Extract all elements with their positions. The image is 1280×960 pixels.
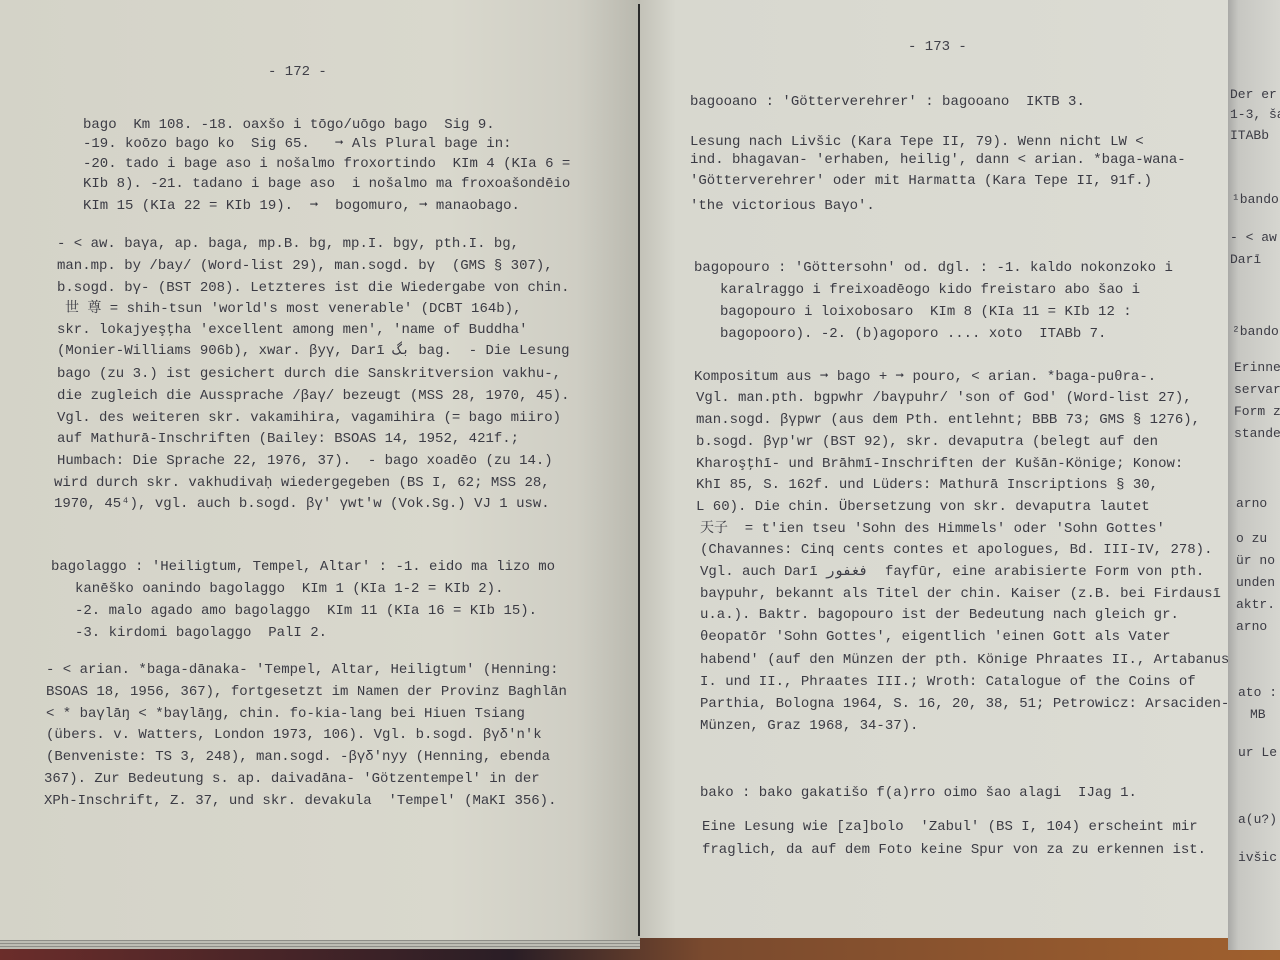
text-line: aktr.: [1236, 595, 1275, 615]
left-page: - 172 - bago Km 108. -18. oaxšo i tōgo/u…: [0, 0, 640, 940]
text-line: -19. koōzo bago ko Sig 65. ➞ Als Plural …: [83, 134, 512, 154]
text-line: - < aw: [1230, 228, 1277, 248]
text-line: Kharoşţhī- und Brāhmī-Inschriften der Ku…: [696, 454, 1183, 474]
text-line: ITABb: [1230, 126, 1269, 146]
text-line: arno: [1236, 617, 1267, 637]
text-line: bako : bako gakatišo f(a)rro oimo šao al…: [700, 783, 1137, 803]
text-line: bago Km 108. -18. oaxšo i tōgo/uōgo bago…: [83, 115, 495, 135]
text-line: XPh-Inschrift, Z. 37, und skr. devakula …: [44, 791, 556, 811]
book-gutter: [638, 4, 640, 936]
text-line: KhI 85, S. 162f. und Lüders: Mathurā Ins…: [696, 475, 1158, 495]
text-line: 天子 = t'ien tseu 'Sohn des Himmels' oder …: [700, 519, 1165, 539]
text-line: ivšic: [1238, 848, 1277, 868]
text-line: ato :: [1238, 683, 1277, 703]
text-line: o zu: [1236, 529, 1267, 549]
text-line: 1-3, ša: [1230, 105, 1280, 125]
right-page: - 173 - bagooano : 'Götterverehrer' : ba…: [640, 0, 1240, 938]
text-line: 'Götterverehrer' oder mit Harmatta (Kara…: [690, 171, 1152, 191]
text-line: -3. kirdomi bagolaggo PalI 2.: [75, 623, 327, 643]
text-line: (übers. v. Watters, London 1973, 106). V…: [46, 725, 542, 745]
text-line: baγpuhr, bekannt als Titel der chin. Kai…: [700, 584, 1221, 604]
text-line: bago (zu 3.) ist gesichert durch die San…: [57, 364, 561, 384]
text-line: bagolaggo : 'Heiligtum, Tempel, Altar' :…: [51, 557, 555, 577]
text-line: Erinne: [1234, 358, 1280, 378]
text-line: 367). Zur Bedeutung s. ap. daivadāna- 'G…: [44, 769, 540, 789]
text-line: kanēško oanindo bagolaggo KIm 1 (KIa 1-2…: [75, 579, 503, 599]
text-line: < * baγlāŋ < *baγlāŋg, chin. fo-kia-lang…: [46, 704, 525, 724]
text-line: ür no: [1236, 551, 1275, 571]
page-number-right: - 173 -: [908, 39, 967, 55]
text-line: L 60). Die chin. Übersetzung von skr. de…: [696, 497, 1150, 517]
text-line: -20. tado i bage aso i nošalmo froxortin…: [83, 154, 570, 174]
text-line: stande: [1234, 424, 1280, 444]
text-line: - < aw. baγa, ap. baga, mp.B. bg, mp.I. …: [57, 234, 519, 254]
text-line: -2. malo agado amo bagolaggo KIm 11 (KIa…: [75, 601, 537, 621]
text-line: man.sogd. βγpwr (aus dem Pth. entlehnt; …: [696, 410, 1200, 430]
text-line: die zugleich die Aussprache /βaγ/ bezeug…: [57, 386, 569, 406]
text-line: ind. bhagavan- 'erhaben, heilig', dann <…: [690, 150, 1186, 170]
text-line: fraglich, da auf dem Foto keine Spur von…: [702, 840, 1206, 860]
text-line: Parthia, Bologna 1964, S. 16, 20, 38, 51…: [700, 694, 1229, 714]
text-line: 'the victorious Baγo'.: [690, 196, 875, 216]
text-line: KIm 15 (KIa 22 = KIb 19). ➞ bogomuro, ➞ …: [83, 196, 520, 216]
text-line: Form z: [1234, 402, 1280, 422]
text-line: habend' (auf den Münzen der pth. Könige …: [700, 650, 1229, 670]
text-line: auf Mathurā-Inschriften (Bailey: BSOAS 1…: [57, 429, 519, 449]
page-number-left: - 172 -: [268, 64, 327, 80]
text-line: bagooano : 'Götterverehrer' : bagooano I…: [690, 92, 1085, 112]
text-line: I. und II., Phraates III.; Wroth: Catalo…: [700, 672, 1196, 692]
text-line: b.sogd. bγ- (BST 208). Letzteres ist die…: [57, 278, 569, 298]
text-line: u.a.). Baktr. bagopouro ist der Bedeutun…: [700, 605, 1179, 625]
text-line: Eine Lesung wie [za]bolo 'Zabul' (BS I, …: [702, 817, 1198, 837]
text-line: 世 尊 = shih-tsun 'world's most venerable'…: [65, 299, 521, 319]
text-line: Vgl. des weiteren skr. vakamihira, vagam…: [57, 408, 561, 428]
text-line: unden: [1236, 573, 1275, 593]
text-line: (Chavannes: Cinq cents contes et apologu…: [700, 540, 1212, 560]
text-line: bagopooro). -2. (b)agoporo .... xoto ITA…: [720, 324, 1106, 344]
next-page-fragment: Der er1-3, šaITABb¹bando- < awDarī²bando…: [1228, 0, 1280, 950]
text-line: 1970, 45⁴), vgl. auch b.sogd. βγ' γwt'w …: [54, 494, 550, 514]
text-line: a(u?): [1238, 810, 1277, 830]
text-line: Der er: [1230, 85, 1277, 105]
text-line: skr. lokajyeşţha 'excellent among men', …: [57, 320, 527, 340]
text-line: ²bando: [1232, 322, 1279, 342]
text-line: (Benveniste: TS 3, 248), man.sogd. -βγδ'…: [46, 747, 550, 767]
text-line: θeopatōr 'Sohn Gottes', eigentlich 'eine…: [700, 627, 1170, 647]
text-line: Münzen, Graz 1968, 34-37).: [700, 716, 918, 736]
text-line: Vgl. auch Darī فغفور faγfūr, eine arabis…: [700, 562, 1204, 582]
text-line: karalraggo i freixoadēogo kido freistaro…: [720, 280, 1140, 300]
text-line: Kompositum aus ➞ bago + ➞ pouro, < arian…: [694, 367, 1156, 387]
text-line: ur Le: [1238, 743, 1277, 763]
text-line: wird durch skr. vakhudivaḥ wiedergegeben…: [54, 473, 550, 493]
text-line: (Monier-Williams 906b), xwar. βyγ, Darī …: [57, 341, 570, 361]
text-line: Vgl. man.pth. bgpwhr /baγpuhr/ 'son of G…: [696, 388, 1192, 408]
text-line: ¹bando: [1232, 190, 1279, 210]
text-line: servar: [1234, 380, 1280, 400]
text-line: Darī: [1230, 250, 1261, 270]
text-line: Humbach: Die Sprache 22, 1976, 37). - ba…: [57, 451, 553, 471]
text-line: MB: [1250, 705, 1266, 725]
text-line: bagopouro i loixobosaro KIm 8 (KIa 11 = …: [720, 302, 1132, 322]
text-line: Lesung nach Livšic (Kara Tepe II, 79). W…: [690, 132, 1144, 152]
text-line: - < arian. *baga-dānaka- 'Tempel, Altar,…: [46, 660, 558, 680]
text-line: BSOAS 18, 1956, 367), fortgesetzt im Nam…: [46, 682, 567, 702]
text-line: arno: [1236, 494, 1267, 514]
text-line: man.mp. by /bay/ (Word-list 29), man.sog…: [57, 256, 553, 276]
text-line: b.sogd. βγp'wr (BST 92), skr. devaputra …: [696, 432, 1158, 452]
text-line: KIb 8). -21. tadano i bage aso i nošalmo…: [83, 174, 570, 194]
text-line: bagopouro : 'Göttersohn' od. dgl. : -1. …: [694, 258, 1173, 278]
